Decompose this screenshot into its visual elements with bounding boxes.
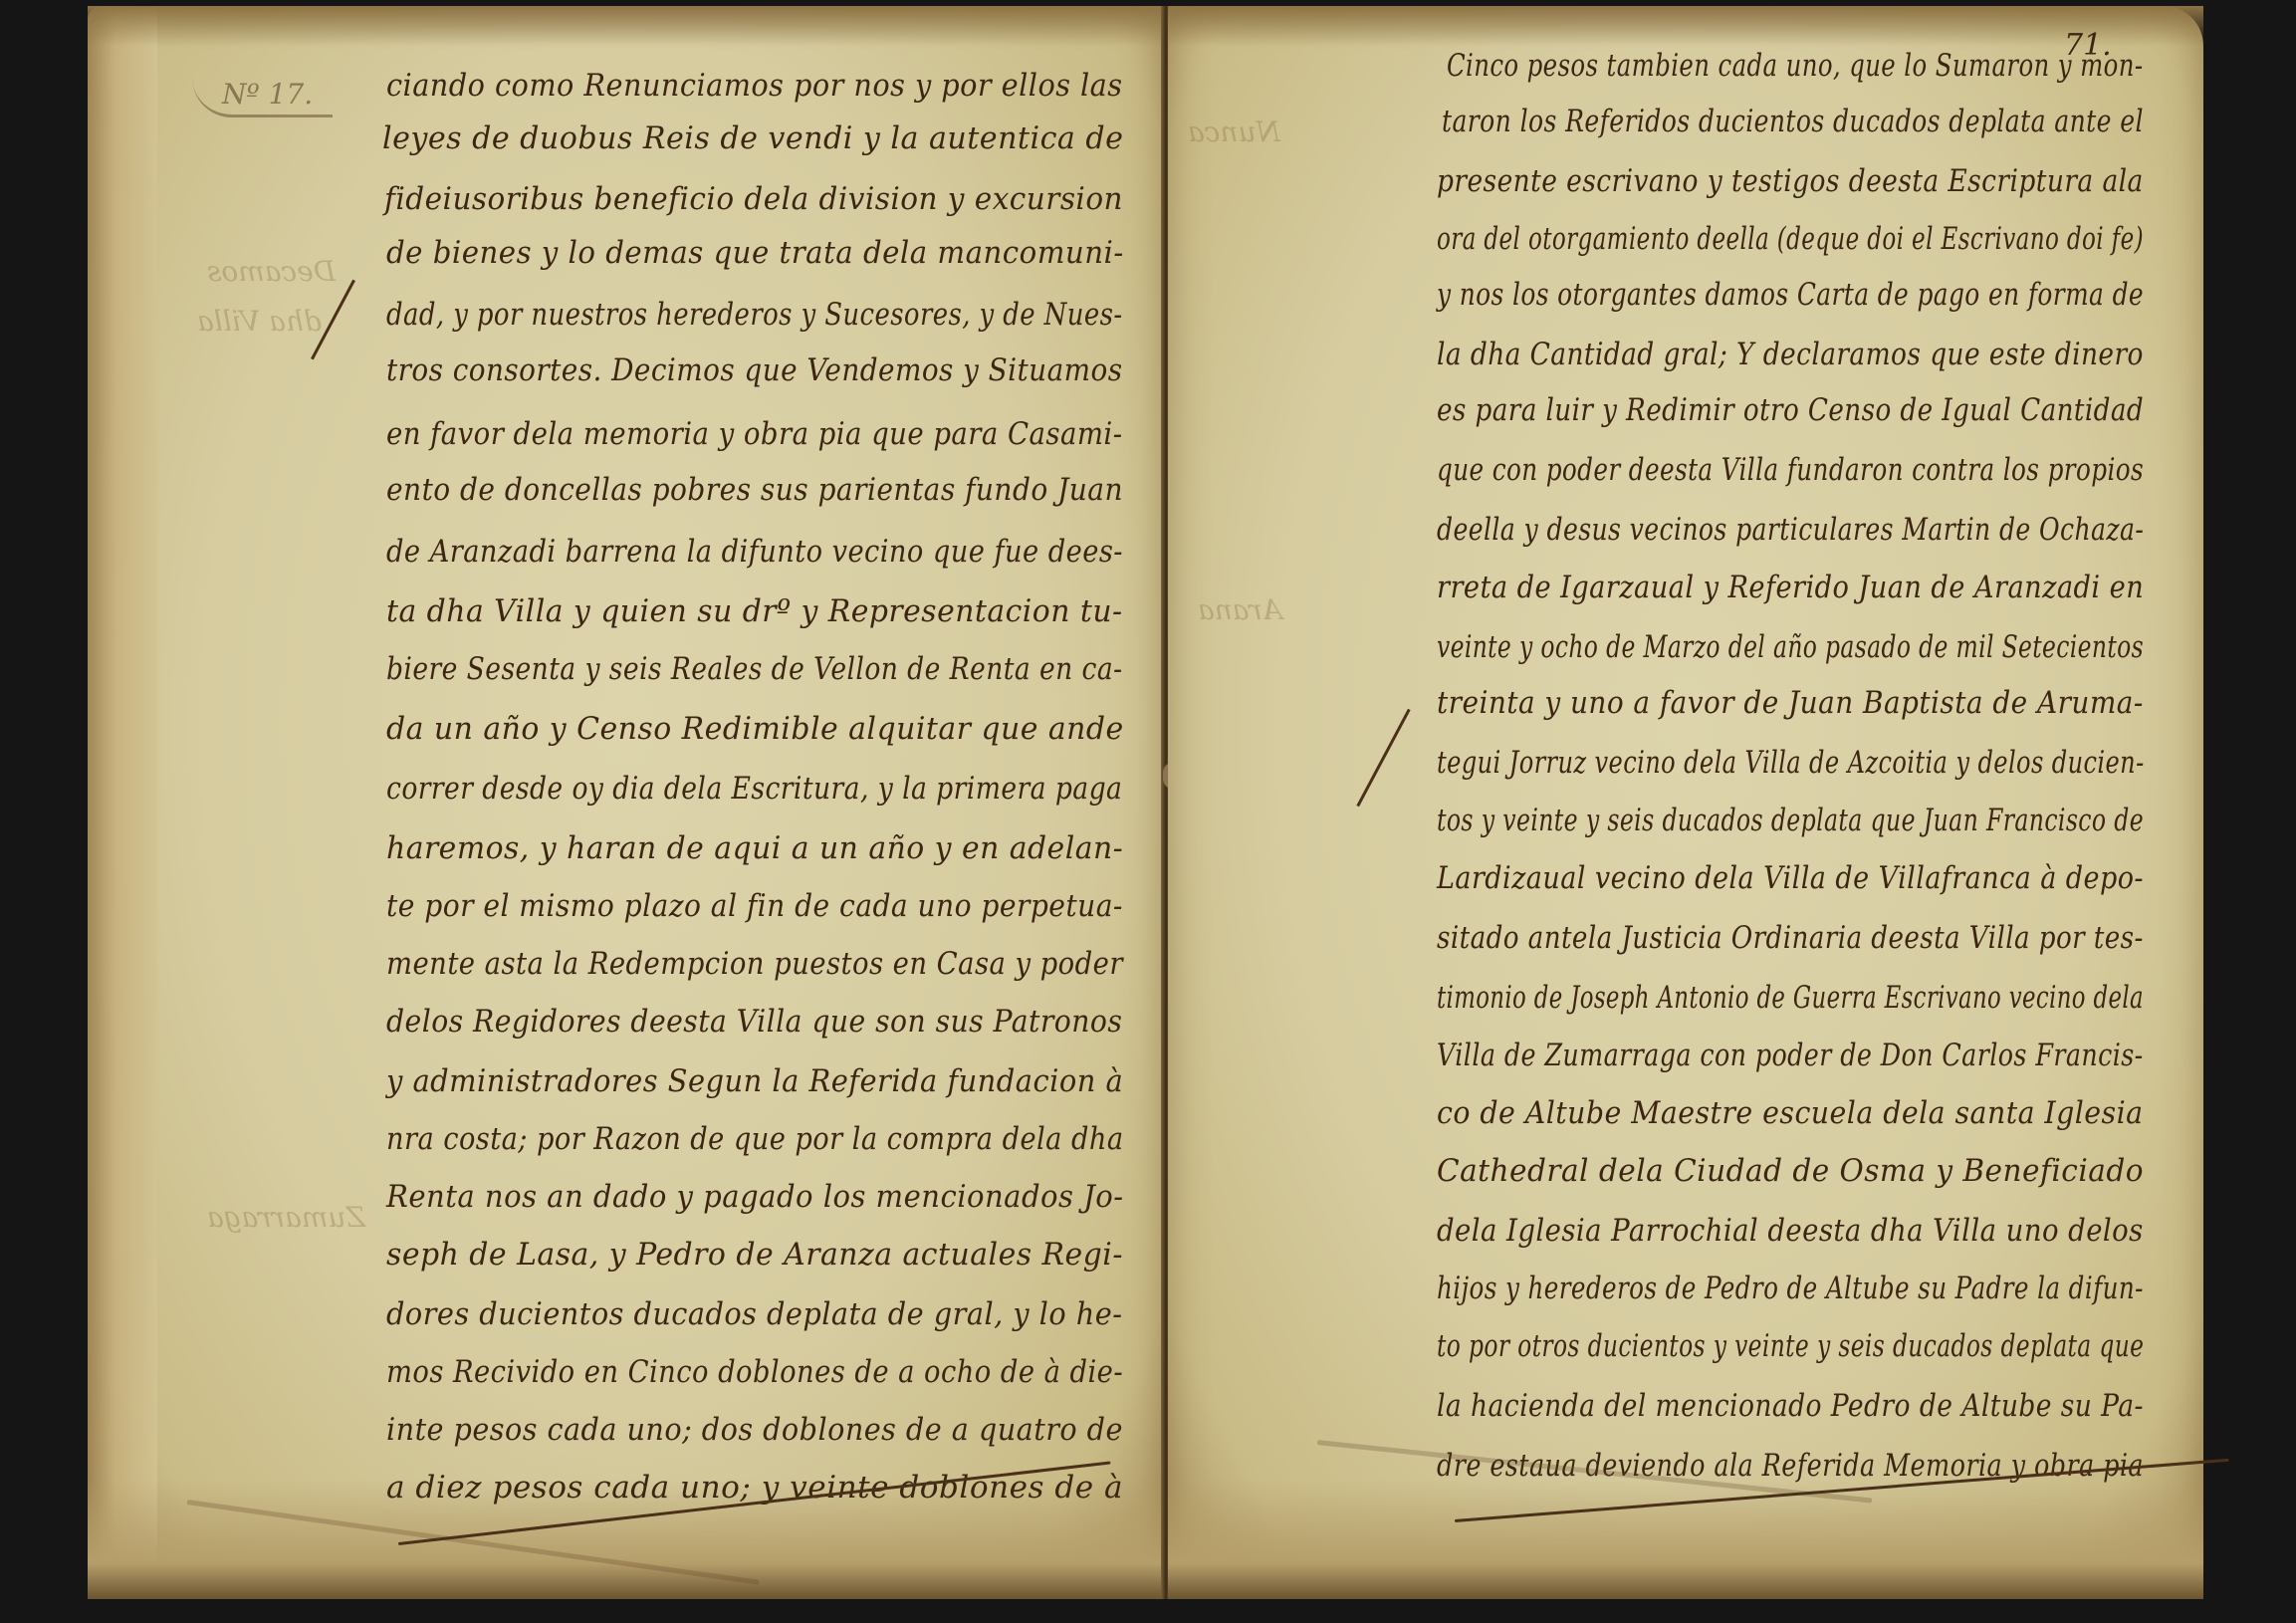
text-line: da un año y Censo Redimible alquitar que… [386, 711, 1124, 747]
text-line: presente escrivano y testigos deesta Esc… [1437, 163, 2144, 199]
text-line: sitado antela Justicia Ordinaria deesta … [1437, 920, 2144, 956]
text-line: seph de Lasa, y Pedro de Aranza actuales… [386, 1237, 1123, 1273]
text-line: correr desde oy dia dela Escritura, y la… [386, 771, 1122, 807]
margin-flourish [1356, 709, 1410, 808]
text-line: tegui Jorruz vecino dela Villa de Azcoit… [1437, 745, 2145, 781]
text-line: Villa de Zumarraga con poder de Don Carl… [1437, 1038, 2144, 1073]
bleed-through-text: Zumarraga [207, 1201, 365, 1234]
bleed-through-text: Arana [1198, 593, 1282, 626]
page-edge-top [88, 6, 1163, 46]
text-line: dad, y por nuestros herederos y Sucesore… [386, 297, 1123, 333]
text-line: ento de doncellas pobres sus parientas f… [386, 472, 1123, 508]
open-manuscript: Nº 17. Decamos dha Villa Zumarraga ciand… [88, 6, 2208, 1609]
text-line: dela Iglesia Parrochial deesta dha Villa… [1437, 1213, 2144, 1249]
text-line: taron los Referidos ducientos ducados de… [1442, 104, 2144, 139]
text-line: co de Altube Maestre escuela dela santa … [1437, 1095, 2144, 1131]
text-line: es para luir y Redimir otro Censo de Igu… [1437, 392, 2144, 428]
text-line: haremos, y haran de aqui a un año y en a… [386, 830, 1123, 866]
text-line: mos Recivido en Cinco doblones de a ocho… [386, 1354, 1123, 1390]
text-line: tos y veinte y seis ducados deplata que … [1437, 803, 2144, 838]
text-line: Renta nos an dado y pagado los mencionad… [386, 1179, 1124, 1215]
text-line: dores ducientos ducados deplata de gral,… [386, 1296, 1122, 1332]
text-line: ta dha Villa y quien su drº y Representa… [386, 593, 1123, 629]
text-line: de bienes y lo demas que trata dela manc… [386, 235, 1124, 271]
text-line: hijos y herederos de Pedro de Altube su … [1437, 1271, 2144, 1306]
text-line: biere Sesenta y seis Reales de Vellon de… [386, 651, 1123, 687]
page-edge-worn [88, 6, 157, 1599]
page-edge-top [1168, 6, 2203, 46]
left-page: Nº 17. Decamos dha Villa Zumarraga ciand… [88, 6, 1163, 1599]
text-line: que con poder deesta Villa fundaron cont… [1437, 452, 2144, 488]
text-line: inte pesos cada uno; dos doblones de a q… [386, 1412, 1123, 1448]
text-line: delos Regidores deesta Villa que son sus… [386, 1004, 1122, 1040]
text-line: mente asta la Redempcion puestos en Casa… [386, 946, 1123, 982]
text-line: ciando como Renunciamos por nos y por el… [386, 68, 1122, 104]
text-line: to por otros ducientos y veinte y seis d… [1437, 1328, 2144, 1364]
text-line: fideiusoribus beneficio dela division y … [384, 181, 1123, 217]
text-line: la hacienda del mencionado Pedro de Altu… [1437, 1388, 2144, 1424]
text-line: Lardizaual vecino dela Villa de Villafra… [1437, 860, 2144, 896]
bleed-through-text: Nunca [1188, 116, 1280, 148]
text-line: timonio de Joseph Antonio de Guerra Escr… [1437, 980, 2144, 1016]
text-line: la dha Cantidad gral; Y declaramos que e… [1437, 337, 2144, 372]
text-line: te por el mismo plazo al fin de cada uno… [386, 888, 1123, 924]
text-line: nra costa; por Razon de que por la compr… [386, 1121, 1124, 1157]
bleed-through-text: dha Villa [197, 305, 322, 338]
text-line: y nos los otorgantes damos Carta de pago… [1437, 277, 2144, 313]
text-line: veinte y ocho de Marzo del año pasado de… [1437, 629, 2144, 665]
right-page: 71. Nunca Arana Cinco pesos tambien cada… [1168, 6, 2203, 1599]
page-edge-stained [1168, 1480, 2203, 1599]
bleed-through-text: Decamos [207, 255, 336, 288]
text-line: Cathedral dela Ciudad de Osma y Benefici… [1437, 1153, 2144, 1189]
text-line: deella y desus vecinos particulares Mart… [1437, 512, 2144, 548]
margin-note: Nº 17. [192, 78, 333, 117]
text-line: Cinco pesos tambien cada uno, que lo Sum… [1447, 48, 2143, 84]
text-line: ora del otorgamiento deella (deque doi e… [1437, 221, 2144, 257]
text-line: rreta de Igarzaual y Referido Juan de Ar… [1437, 570, 2144, 605]
text-line: tros consortes. Decimos que Vendemos y S… [386, 352, 1122, 388]
text-line: de Aranzadi barrena la difunto vecino qu… [386, 534, 1123, 570]
text-line: y administradores Segun la Referida fund… [386, 1063, 1123, 1099]
text-line: leyes de duobus Reis de vendi y la auten… [382, 120, 1123, 156]
text-line: en favor dela memoria y obra pia que par… [386, 416, 1122, 452]
text-line: treinta y uno a favor de Juan Baptista d… [1437, 685, 2144, 721]
